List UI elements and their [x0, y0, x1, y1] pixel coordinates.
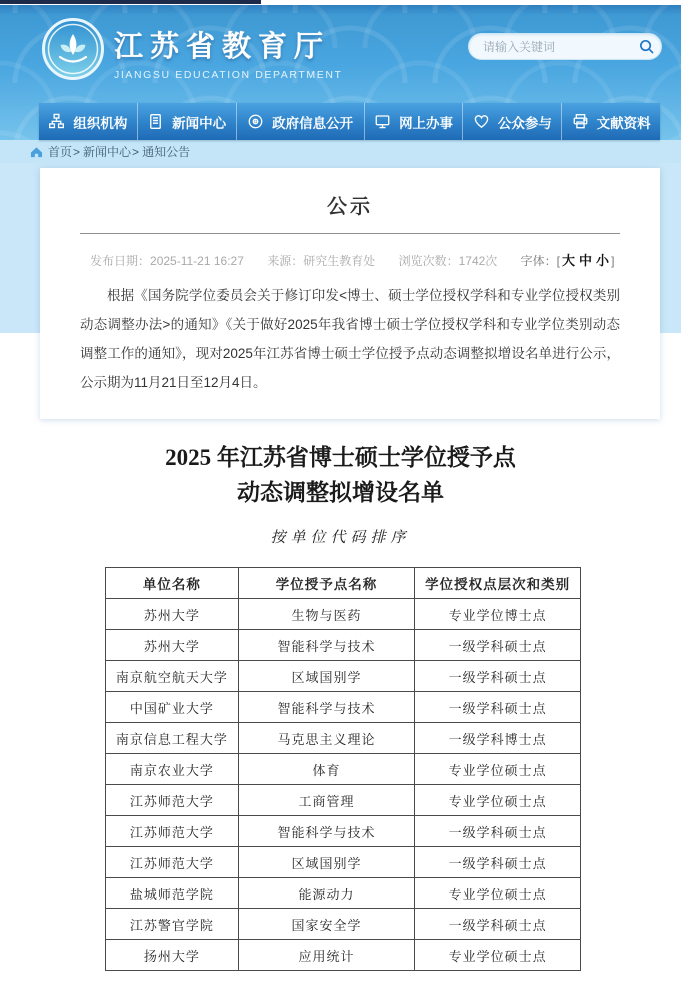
table-cell: 南京农业大学	[106, 754, 239, 785]
document-title: 2025 年江苏省博士硕士学位授予点 动态调整拟增设名单	[0, 440, 681, 510]
attachment-document: 附件 2025 年江苏省博士硕士学位授予点 动态调整拟增设名单 按单位代码排序 …	[0, 333, 681, 971]
table-cell: 专业学位硕士点	[415, 878, 581, 909]
font-size-control: 字体：[大中小]	[521, 254, 615, 268]
notice-card: 公示 发布日期：2025-11-21 16:27 来源：研究生教育处 浏览次数：…	[40, 168, 660, 419]
table-cell: 专业学位硕士点	[415, 754, 581, 785]
table-cell: 中国矿业大学	[106, 692, 239, 723]
font-bracket: ]	[611, 254, 614, 268]
department-emblem-icon	[42, 18, 104, 80]
table-cell: 江苏师范大学	[106, 847, 239, 878]
heart-icon	[473, 113, 490, 130]
view-count-value: 1742次	[459, 254, 498, 268]
breadcrumb-separator: >	[73, 145, 80, 159]
table-header-row: 单位名称 学位授予点名称 学位授权点层次和类别	[106, 568, 581, 599]
table-cell: 一级学科硕士点	[415, 630, 581, 661]
table-cell: 智能科学与技术	[238, 816, 415, 847]
notice-body-text: 根据《国务院学位委员会关于修订印发<博士、硕士学位授权学科和专业学位授权类别动态…	[80, 281, 620, 397]
table-row: 扬州大学应用统计专业学位硕士点	[106, 940, 581, 971]
notice-meta: 发布日期：2025-11-21 16:27 来源：研究生教育处 浏览次数：174…	[80, 250, 620, 269]
table-cell: 智能科学与技术	[238, 630, 415, 661]
font-size-medium-button[interactable]: 中	[579, 253, 592, 268]
table-row: 苏州大学智能科学与技术一级学科硕士点	[106, 630, 581, 661]
site-header: 江苏省教育厅 JIANGSU EDUCATION DEPARTMENT	[0, 5, 681, 140]
nav-label: 政府信息公开	[272, 112, 353, 132]
source: 来源：研究生教育处	[267, 254, 375, 268]
column-header-unit: 单位名称	[106, 568, 239, 599]
search-button[interactable]	[638, 38, 655, 55]
font-size-large-button[interactable]: 大	[562, 253, 575, 268]
table-row: 南京农业大学体育专业学位硕士点	[106, 754, 581, 785]
table-cell: 区域国别学	[238, 847, 415, 878]
nav-item-info-disclosure[interactable]: 政府信息公开	[237, 103, 365, 140]
table-cell: 一级学科硕士点	[415, 847, 581, 878]
top-dark-strip	[0, 0, 261, 4]
nav-item-news-center[interactable]: 新闻中心	[138, 103, 237, 140]
document-title-line1: 2025 年江苏省博士硕士学位授予点	[0, 440, 681, 475]
publish-date-value: 2025-11-21 16:27	[150, 254, 244, 268]
table-row: 江苏师范大学区域国别学一级学科硕士点	[106, 847, 581, 878]
home-icon	[30, 146, 43, 158]
table-row: 江苏师范大学智能科学与技术一级学科硕士点	[106, 816, 581, 847]
table-cell: 工商管理	[238, 785, 415, 816]
breadcrumb-separator: >	[132, 145, 139, 159]
attachment-table-body: 苏州大学生物与医药专业学位博士点苏州大学智能科学与技术一级学科硕士点南京航空航天…	[106, 599, 581, 971]
table-row: 南京信息工程大学马克思主义理论一级学科博士点	[106, 723, 581, 754]
publish-date: 发布日期：2025-11-21 16:27	[90, 254, 244, 268]
degree-points-table: 单位名称 学位授予点名称 学位授权点层次和类别 苏州大学生物与医药专业学位博士点…	[105, 567, 581, 971]
title-divider	[80, 233, 620, 234]
nav-item-organization[interactable]: 组织机构	[39, 103, 138, 140]
document-title-line2: 动态调整拟增设名单	[0, 475, 681, 510]
table-cell: 专业学位硕士点	[415, 940, 581, 971]
table-cell: 扬州大学	[106, 940, 239, 971]
nav-item-public-participation[interactable]: 公众参与	[463, 103, 562, 140]
breadcrumb-home[interactable]: 首页	[48, 143, 72, 160]
table-cell: 江苏师范大学	[106, 785, 239, 816]
table-row: 江苏师范大学工商管理专业学位硕士点	[106, 785, 581, 816]
table-cell: 江苏警官学院	[106, 909, 239, 940]
source-label: 来源：	[267, 254, 303, 268]
nav-label: 组织机构	[73, 112, 127, 132]
nav-label: 新闻中心	[172, 112, 226, 132]
table-row: 中国矿业大学智能科学与技术一级学科硕士点	[106, 692, 581, 723]
table-cell: 苏州大学	[106, 630, 239, 661]
table-cell: 生物与医药	[238, 599, 415, 630]
table-cell: 盐城师范学院	[106, 878, 239, 909]
font-size-label: 字体：	[521, 254, 557, 268]
breadcrumb-notices[interactable]: 通知公告	[142, 143, 190, 160]
table-row: 盐城师范学院能源动力专业学位硕士点	[106, 878, 581, 909]
org-chart-icon	[48, 113, 65, 130]
info-disclosure-icon	[247, 113, 264, 130]
table-cell: 南京航空航天大学	[106, 661, 239, 692]
publish-date-label: 发布日期：	[90, 254, 150, 268]
search-box	[468, 33, 662, 60]
site-title: 江苏省教育厅	[114, 24, 343, 65]
notice-title: 公示	[80, 190, 620, 219]
table-cell: 南京信息工程大学	[106, 723, 239, 754]
table-cell: 一级学科硕士点	[415, 661, 581, 692]
document-subtitle: 按单位代码排序	[0, 526, 681, 547]
table-cell: 江苏师范大学	[106, 816, 239, 847]
news-icon	[147, 113, 164, 130]
table-cell: 能源动力	[238, 878, 415, 909]
table-cell: 应用统计	[238, 940, 415, 971]
page: 江苏省教育厅 JIANGSU EDUCATION DEPARTMENT	[0, 0, 681, 1000]
view-count-label: 浏览次数：	[399, 254, 459, 268]
table-row: 南京航空航天大学区域国别学一级学科硕士点	[106, 661, 581, 692]
font-bracket: [	[557, 254, 560, 268]
nav-label: 公众参与	[498, 112, 552, 132]
table-cell: 一级学科博士点	[415, 723, 581, 754]
main-nav: 组织机构 新闻中心 政府信息公开	[39, 103, 660, 140]
breadcrumb-news-center[interactable]: 新闻中心	[83, 143, 131, 160]
table-row: 苏州大学生物与医药专业学位博士点	[106, 599, 581, 630]
table-cell: 马克思主义理论	[238, 723, 415, 754]
column-header-degree-point: 学位授予点名称	[238, 568, 415, 599]
table-cell: 专业学位硕士点	[415, 785, 581, 816]
table-cell: 一级学科硕士点	[415, 909, 581, 940]
nav-label: 文献资料	[597, 112, 651, 132]
logo-link[interactable]: 江苏省教育厅 JIANGSU EDUCATION DEPARTMENT	[42, 18, 343, 81]
table-cell: 一级学科硕士点	[415, 816, 581, 847]
table-cell: 国家安全学	[238, 909, 415, 940]
source-value: 研究生教育处	[303, 254, 375, 268]
online-service-icon	[374, 113, 391, 130]
table-cell: 区域国别学	[238, 661, 415, 692]
search-icon	[638, 38, 655, 55]
table-cell: 一级学科硕士点	[415, 692, 581, 723]
table-cell: 智能科学与技术	[238, 692, 415, 723]
table-cell: 体育	[238, 754, 415, 785]
table-cell: 苏州大学	[106, 599, 239, 630]
site-subtitle: JIANGSU EDUCATION DEPARTMENT	[114, 69, 343, 81]
nav-item-documents[interactable]: 文献资料	[562, 103, 660, 140]
printer-icon	[572, 113, 589, 130]
search-input[interactable]	[483, 40, 638, 54]
nav-label: 网上办事	[399, 112, 453, 132]
logo-text: 江苏省教育厅 JIANGSU EDUCATION DEPARTMENT	[114, 18, 343, 81]
table-row: 江苏警官学院国家安全学一级学科硕士点	[106, 909, 581, 940]
nav-item-online-services[interactable]: 网上办事	[365, 103, 464, 140]
view-count: 浏览次数：1742次	[399, 254, 498, 268]
table-cell: 专业学位博士点	[415, 599, 581, 630]
column-header-level-category: 学位授权点层次和类别	[415, 568, 581, 599]
breadcrumb: 首页> 新闻中心> 通知公告	[0, 140, 681, 163]
font-size-small-button[interactable]: 小	[596, 253, 609, 268]
notice-section-background: 公示 发布日期：2025-11-21 16:27 来源：研究生教育处 浏览次数：…	[0, 163, 681, 333]
